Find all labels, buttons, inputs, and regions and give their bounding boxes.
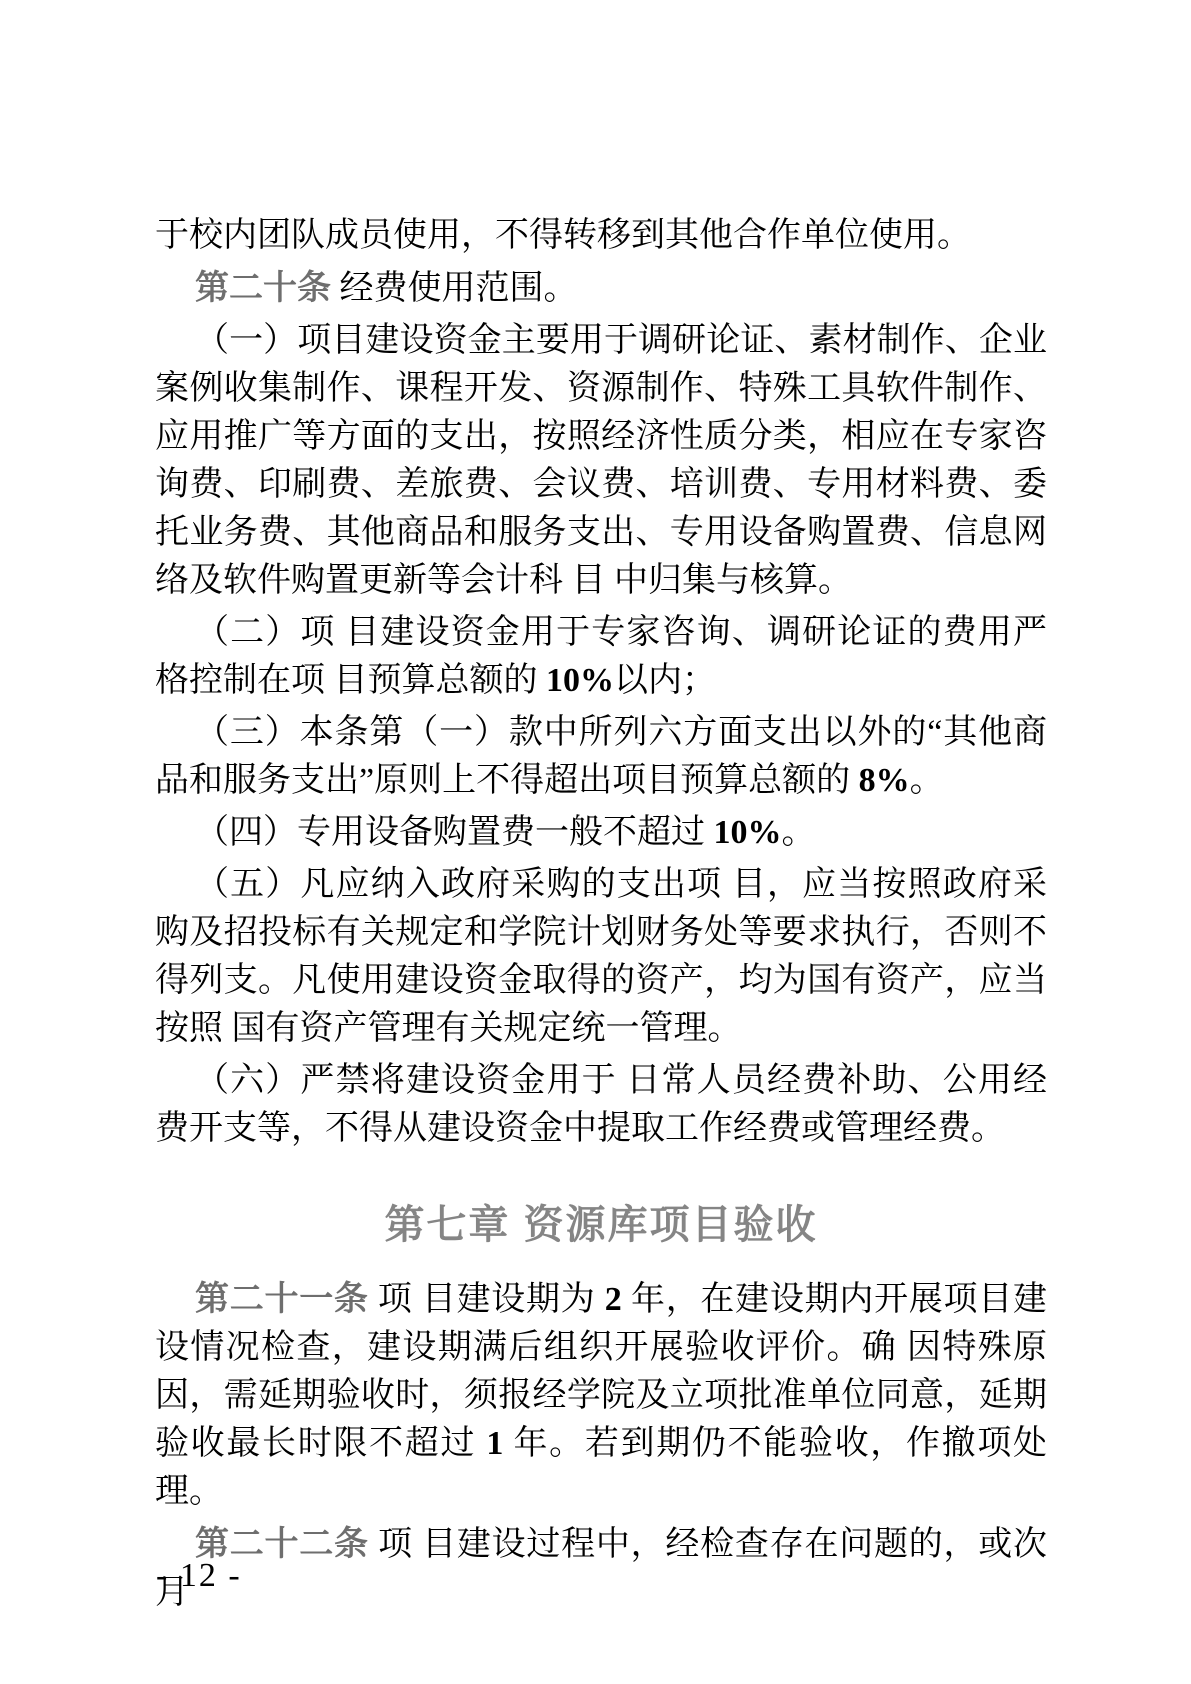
body-text-run: 项 目建设期为 (369, 1281, 605, 1318)
bold-number: 1 (486, 1425, 503, 1462)
body-text-run: （五）凡应纳入政府采购的支出项 目，应当按照政府采购及招投标有关规定和学院计划财… (155, 866, 1047, 1047)
bold-number: 10% (714, 814, 782, 851)
paragraph: 于校内团队成员使用，不得转移到其他合作单位使用。 (155, 212, 1047, 260)
chapter-heading: 第七章 资源库项目验收 (155, 1199, 1047, 1251)
paragraph: （六）严禁将建设资金用于 日常人员经费补助、公用经费开支等，不得从建设资金中提取… (155, 1057, 1047, 1153)
bold-number: 10% (546, 662, 614, 699)
paragraph: 第二十条 经费使用范围。 (155, 264, 1047, 313)
page-number: - 12 - (156, 1556, 242, 1596)
paragraph: 第二十一条 项 目建设期为 2 年，在建设期内开展项目建设情况检查，建设期满后组… (155, 1275, 1047, 1516)
body-text-run: 经费使用范围。 (331, 270, 578, 307)
paragraph: （四）专用设备购置费一般不超过 10%。 (155, 809, 1047, 857)
body-text-run: 。 (910, 762, 944, 799)
article-number-label: 第二十条 (195, 269, 331, 307)
paragraph: （一）项目建设资金主要用于调研论证、素材制作、企业案例收集制作、课程开发、资源制… (155, 317, 1047, 605)
body-text-run: 。 (782, 814, 816, 851)
paragraph: （三）本条第（一）款中所列六方面支出以外的“其他商品和服务支出”原则上不得超出项… (155, 709, 1047, 805)
paragraph: （二）项 目建设资金用于专家咨询、调研论证的费用严格控制在项 目预算总额的 10… (155, 609, 1047, 705)
document-body: 于校内团队成员使用，不得转移到其他合作单位使用。第二十条 经费使用范围。（一）项… (155, 212, 1047, 1617)
document-page: 于校内团队成员使用，不得转移到其他合作单位使用。第二十条 经费使用范围。（一）项… (0, 0, 1191, 1684)
body-text-run: （六）严禁将建设资金用于 日常人员经费补助、公用经费开支等，不得从建设资金中提取… (155, 1062, 1047, 1147)
chapter-heading-text: 第七章 资源库项目验收 (384, 1203, 817, 1247)
body-text-run: 以内； (614, 662, 716, 699)
paragraph: 第二十二条 项 目建设过程中，经检查存在问题的，或次月 (155, 1520, 1047, 1617)
body-text-run: 于校内团队成员使用，不得转移到其他合作单位使用。 (155, 217, 971, 254)
article-number-label: 第二十一条 (195, 1280, 369, 1318)
bold-number: 8% (859, 762, 910, 799)
paragraph: （五）凡应纳入政府采购的支出项 目，应当按照政府采购及招投标有关规定和学院计划财… (155, 861, 1047, 1053)
bold-number: 2 (605, 1281, 622, 1318)
body-text-run: （四）专用设备购置费一般不超过 (195, 814, 714, 851)
body-text-run: （一）项目建设资金主要用于调研论证、素材制作、企业案例收集制作、课程开发、资源制… (155, 322, 1047, 599)
